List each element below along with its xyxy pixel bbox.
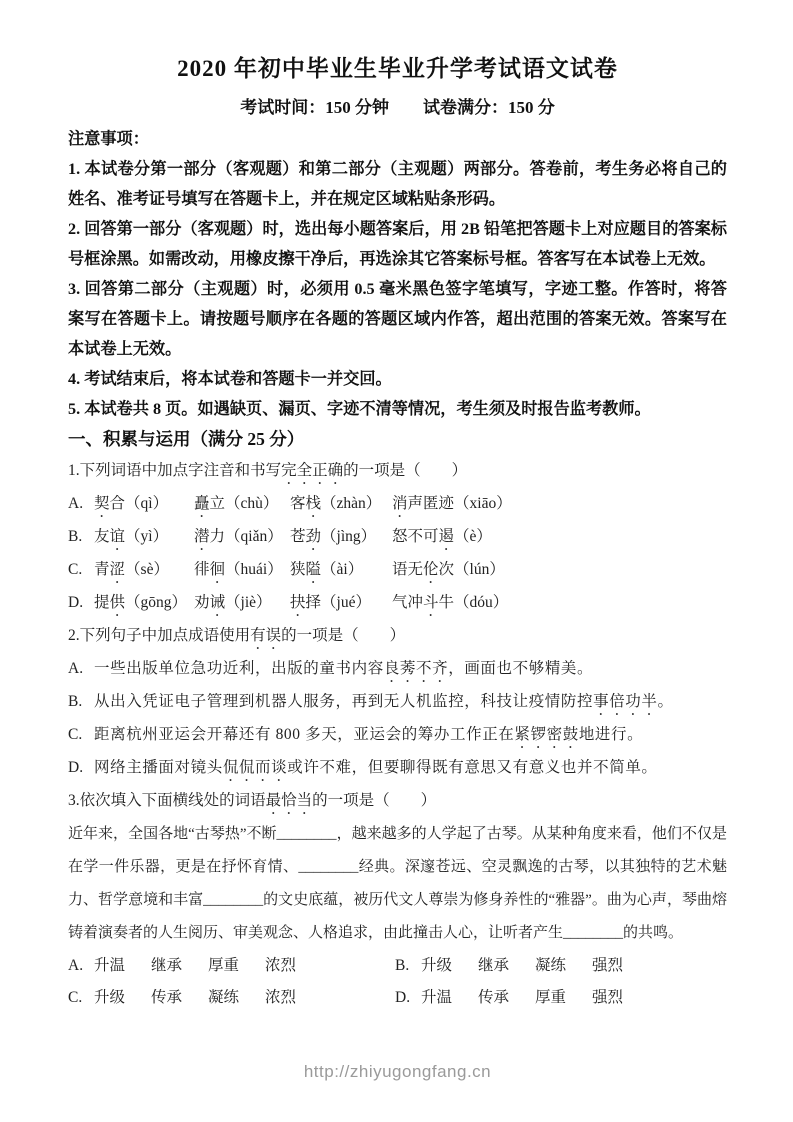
option-word: 友谊（yì） — [94, 521, 194, 554]
option-word: 消声匿迹（xiāo） — [392, 488, 512, 521]
notice-item-1: 1. 本试卷分第一部分（客观题）和第二部分（主观题）两部分。答卷前，考生务必将自… — [68, 154, 727, 214]
exam-paper-page: 2020 年初中毕业生毕业升学考试语文试卷 考试时间：150 分钟试卷满分：15… — [0, 0, 793, 1082]
option-word: 传承 — [478, 982, 510, 1014]
q1-stem: 1.下列词语中加点字注音和书写完全正确的一项是（ ） — [68, 455, 727, 488]
option-word: 潜力（qiǎn） — [194, 521, 290, 554]
option-label: C. — [68, 554, 94, 585]
option-text: 一些出版单位急功近利，出版的童书内容良莠不齐，画面也不够精美。 — [94, 660, 593, 677]
option-label: B. — [68, 521, 94, 552]
option-word: 契合（qì） — [94, 488, 194, 521]
option-label: B. — [68, 686, 94, 718]
q2-option-d: D.网络主播面对镜头侃侃而谈或许不难，但要聊得既有意思又有意义也并不简单。 — [68, 752, 727, 785]
option-word: 气冲斗牛（dóu） — [392, 587, 508, 620]
option-word: 升级 — [421, 950, 453, 982]
notice-item-2: 2. 回答第一部分（客观题）时，选出每小题答案后，用 2B 铅笔把答题卡上对应题… — [68, 214, 727, 274]
option-word: 厚重 — [208, 950, 240, 982]
notice-heading: 注意事项： — [68, 124, 727, 154]
option-label: A. — [68, 653, 94, 685]
q2-stem: 2.下列句子中加点成语使用有误的一项是（ ） — [68, 620, 727, 653]
option-label: C. — [68, 982, 94, 1014]
q2-option-list: A.一些出版单位急功近利，出版的童书内容良莠不齐，画面也不够精美。 B.从出入凭… — [68, 653, 727, 785]
option-word: 凝练 — [535, 950, 567, 982]
q2-option-b: B.从出入凭证电子管理到机器人服务，再到无人机监控，科技让疫情防控事倍功半。 — [68, 686, 727, 719]
option-word: 强烈 — [592, 950, 624, 982]
option-word: 抉择（jué） — [290, 587, 392, 620]
option-text: 网络主播面对镜头侃侃而谈或许不难，但要聊得既有意思又有意义也并不简单。 — [94, 759, 658, 776]
q3-option-row-2: C.升级传承凝练浓烈 D.升温传承厚重强烈 — [68, 982, 727, 1014]
exam-time-label: 考试时间：150 分钟 — [240, 98, 389, 117]
q3-passage: 近年来，全国各地“古琴热”不断________，越来越多的人学起了古琴。从某种角… — [68, 818, 727, 950]
option-word: 语无伦次（lún） — [392, 554, 505, 587]
option-word: 凝练 — [208, 982, 240, 1014]
option-word: 劝诫（jiè） — [194, 587, 290, 620]
option-word: 继承 — [478, 950, 510, 982]
exam-info-line: 考试时间：150 分钟试卷满分：150 分 — [68, 93, 727, 118]
option-word: 徘徊（huái） — [194, 554, 290, 587]
option-word: 继承 — [151, 950, 183, 982]
q3-stem: 3.依次填入下面横线处的词语最恰当的一项是（ ） — [68, 785, 727, 818]
page-title: 2020 年初中毕业生毕业升学考试语文试卷 — [68, 50, 727, 83]
q1-option-row-d: D.提供（gōng）劝诫（jiè）抉择（jué）气冲斗牛（dóu） — [68, 587, 727, 620]
option-word: 提供（gōng） — [94, 587, 194, 620]
notice-item-5: 5. 本试卷共 8 页。如遇缺页、漏页、字迹不清等情况，考生须及时报告监考教师。 — [68, 394, 727, 424]
option-word: 浓烈 — [265, 982, 297, 1014]
option-label: D. — [68, 752, 94, 784]
q3-option-row-1: A.升温继承厚重浓烈 B.升级继承凝练强烈 — [68, 950, 727, 982]
option-label: C. — [68, 719, 94, 751]
option-word: 强烈 — [592, 982, 624, 1014]
section-1-heading: 一、积累与运用（满分 25 分） — [68, 424, 727, 455]
notice-item-3: 3. 回答第二部分（主观题）时，必须用 0.5 毫米黑色签字笔填写，字迹工整。作… — [68, 274, 727, 364]
option-label: A. — [68, 950, 94, 982]
q3-option-c: C.升级传承凝练浓烈 — [68, 982, 395, 1014]
footer-url: http://zhiyugongfang.cn — [68, 1062, 727, 1082]
full-score-label: 试卷满分：150 分 — [423, 98, 555, 117]
option-label: D. — [68, 587, 94, 618]
option-word: 厚重 — [535, 982, 567, 1014]
q3-option-d: D.升温传承厚重强烈 — [395, 982, 624, 1014]
option-text: 从出入凭证电子管理到机器人服务，再到无人机监控，科技让疫情防控事倍功半。 — [94, 693, 674, 710]
option-word: 怒不可遏（è） — [392, 521, 492, 554]
option-label: B. — [395, 950, 421, 982]
option-label: D. — [395, 982, 421, 1014]
notice-item-4: 4. 考试结束后，将本试卷和答题卡一并交回。 — [68, 364, 727, 394]
option-label: A. — [68, 488, 94, 519]
option-text: 距离杭州亚运会开幕还有 800 多天，亚运会的筹办工作正在紧锣密鼓地进行。 — [94, 726, 643, 743]
q1-option-row-a: A.契合（qì）矗立（chù）客栈（zhàn）消声匿迹（xiāo） — [68, 488, 727, 521]
q3-option-b: B.升级继承凝练强烈 — [395, 950, 624, 982]
q3-option-a: A.升温继承厚重浓烈 — [68, 950, 395, 982]
q2-option-a: A.一些出版单位急功近利，出版的童书内容良莠不齐，画面也不够精美。 — [68, 653, 727, 686]
option-word: 升温 — [421, 982, 453, 1014]
option-word: 青涩（sè） — [94, 554, 194, 587]
option-word: 苍劲（jìng） — [290, 521, 392, 554]
q3-option-table: A.升温继承厚重浓烈 B.升级继承凝练强烈 C.升级传承凝练浓烈 D.升温传承厚… — [68, 950, 727, 1014]
option-word: 传承 — [151, 982, 183, 1014]
q2-option-c: C.距离杭州亚运会开幕还有 800 多天，亚运会的筹办工作正在紧锣密鼓地进行。 — [68, 719, 727, 752]
option-word: 矗立（chù） — [194, 488, 290, 521]
option-word: 升温 — [94, 950, 126, 982]
option-word: 狭隘（ài） — [290, 554, 392, 587]
option-word: 升级 — [94, 982, 126, 1014]
option-word: 客栈（zhàn） — [290, 488, 392, 521]
q1-option-table: A.契合（qì）矗立（chù）客栈（zhàn）消声匿迹（xiāo） B.友谊（y… — [68, 488, 727, 620]
option-word: 浓烈 — [265, 950, 297, 982]
q1-option-row-b: B.友谊（yì）潜力（qiǎn）苍劲（jìng）怒不可遏（è） — [68, 521, 727, 554]
q1-option-row-c: C.青涩（sè）徘徊（huái）狭隘（ài）语无伦次（lún） — [68, 554, 727, 587]
